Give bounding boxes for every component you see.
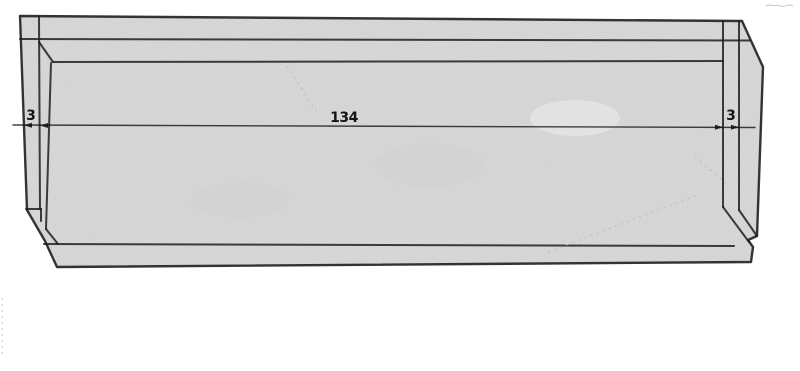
scan-smudge [190, 182, 290, 218]
channel-beam-drawing: 3 134 3 [0, 0, 800, 371]
scan-smudge [530, 100, 620, 136]
dimension-label-left-wall: 3 [26, 108, 36, 124]
left-end-front-vertical [39, 17, 40, 209]
dimension-label-right-wall: 3 [726, 108, 736, 124]
channel-outline [20, 16, 763, 267]
scan-smudge [375, 143, 485, 187]
scanned-page: 3 134 3 [0, 0, 800, 371]
faint-corner-mark [766, 5, 793, 6]
technical-drawing-figure: 3 134 3 [0, 0, 800, 371]
channel-body [20, 16, 763, 267]
dimension-label-inner-length: 134 [330, 110, 358, 126]
rim-line-lower [53, 61, 723, 62]
